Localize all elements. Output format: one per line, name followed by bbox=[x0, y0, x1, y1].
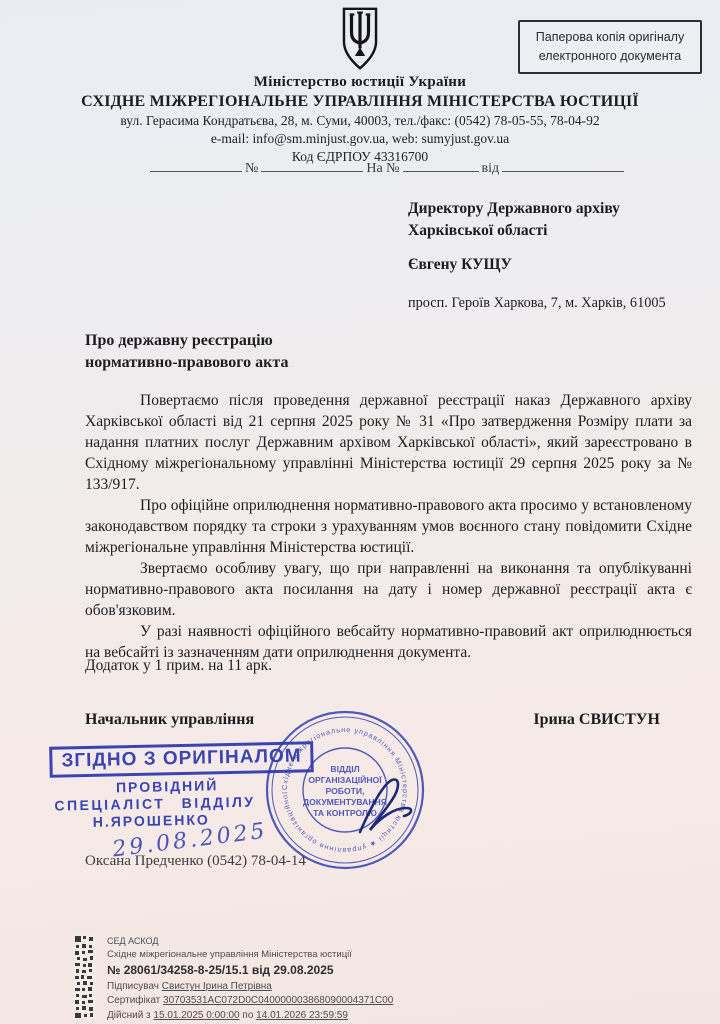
signer-fullname: Свистун Ірина Петрівна bbox=[162, 981, 272, 992]
certificate-label: Сертифікат bbox=[107, 995, 160, 1006]
signer-label: Підписувач bbox=[107, 981, 159, 992]
coat-of-arms-icon bbox=[337, 6, 383, 72]
subject-line2: нормативно-правового акта bbox=[85, 352, 288, 374]
blank-line bbox=[403, 158, 479, 172]
validity-separator: по bbox=[242, 1010, 253, 1021]
org-name: СХІДНЕ МІЖРЕГІОНАЛЬНЕ УПРАВЛІННЯ МІНІСТЕ… bbox=[0, 93, 720, 111]
certificate-line: Сертифікат 30703531AC072D0C0400000038680… bbox=[107, 994, 393, 1008]
validity-from: 15.01.2025 0:00:00 bbox=[153, 1010, 239, 1021]
validity-to: 14.01.2026 23:59:59 bbox=[256, 1010, 348, 1021]
footer-org-name: Східне міжрегіональне управління Міністе… bbox=[107, 948, 393, 961]
org-address: вул. Герасима Кондратьєва, 28, м. Суми, … bbox=[0, 113, 720, 129]
paragraph-2: Про офіційне оприлюднення нормативно-пра… bbox=[85, 495, 692, 558]
signer-position: Начальник управління bbox=[85, 711, 254, 729]
scanned-letter-page: Міністерство юстиції України СХІДНЕ МІЖР… bbox=[0, 0, 720, 1024]
subject-line1: Про державну реєстрацію bbox=[85, 330, 288, 352]
contact-person-line: Оксана Предченко (0542) 78-04-14 bbox=[85, 853, 306, 870]
number-label: № bbox=[242, 161, 261, 176]
validity-line: Дійсний з 15.01.2025 0:00:00 по 14.01.20… bbox=[107, 1009, 393, 1023]
ministry-name: Міністерство юстиції України bbox=[0, 74, 720, 91]
edoc-footer: СЕД АСКОД Східне міжрегіональне управлін… bbox=[74, 935, 393, 1023]
signer-name: Ірина СВИСТУН bbox=[533, 711, 660, 729]
validity-label: Дійсний з bbox=[107, 1010, 151, 1021]
org-email-web: e-mail: info@sm.minjust.gov.ua, web: sum… bbox=[0, 131, 720, 147]
signature-squiggle bbox=[342, 762, 438, 854]
paper-copy-stamp: Паперова копія оригіналу електронного до… bbox=[518, 20, 702, 74]
certified-true-copy-stamp: ЗГІДНО З ОРИГІНАЛОМ ПРОВІДНИЙ СПЕЦІАЛІСТ… bbox=[49, 741, 315, 831]
signer-line: Підписувач Свистун Ірина Петрівна bbox=[107, 980, 393, 994]
blank-line bbox=[261, 158, 363, 172]
sed-system-name: СЕД АСКОД bbox=[107, 935, 393, 948]
qr-code bbox=[74, 935, 96, 1019]
vid-label: від bbox=[479, 161, 503, 176]
certificate-value: 30703531AC072D0C040000003868090004371C00 bbox=[163, 995, 393, 1006]
blank-line bbox=[502, 158, 624, 172]
blank-line bbox=[150, 158, 242, 172]
addressee-name: Євгену КУЩУ bbox=[408, 254, 708, 276]
registration-number: № 28061/34258-8-25/15.1 від 29.08.2025 bbox=[107, 962, 393, 979]
paper-copy-line2: електронного документа bbox=[526, 47, 694, 66]
attachment-note: Додаток у 1 прим. на 11 арк. bbox=[85, 657, 272, 675]
reference-line: №На №від bbox=[150, 158, 624, 177]
subject-block: Про державну реєстрацію нормативно-право… bbox=[85, 330, 288, 373]
addressee-block: Директору Державного архіву Харківської … bbox=[408, 198, 708, 313]
paragraph-1: Повертаємо після проведення державної ре… bbox=[85, 390, 692, 495]
addressee-title-line2: Харківської області bbox=[408, 220, 708, 242]
certified-stamp-title: ЗГІДНО З ОРИГІНАЛОМ bbox=[49, 741, 314, 778]
paper-copy-line1: Паперова копія оригіналу bbox=[526, 28, 694, 47]
addressee-postal-address: просп. Героїв Харкова, 7, м. Харків, 610… bbox=[408, 293, 708, 313]
na-number-label: На № bbox=[363, 161, 402, 176]
paragraph-3: Звертаємо особливу увагу, що при направл… bbox=[85, 558, 692, 621]
letter-body: Повертаємо після проведення державної ре… bbox=[85, 390, 692, 663]
addressee-title-line1: Директору Державного архіву bbox=[408, 198, 708, 220]
